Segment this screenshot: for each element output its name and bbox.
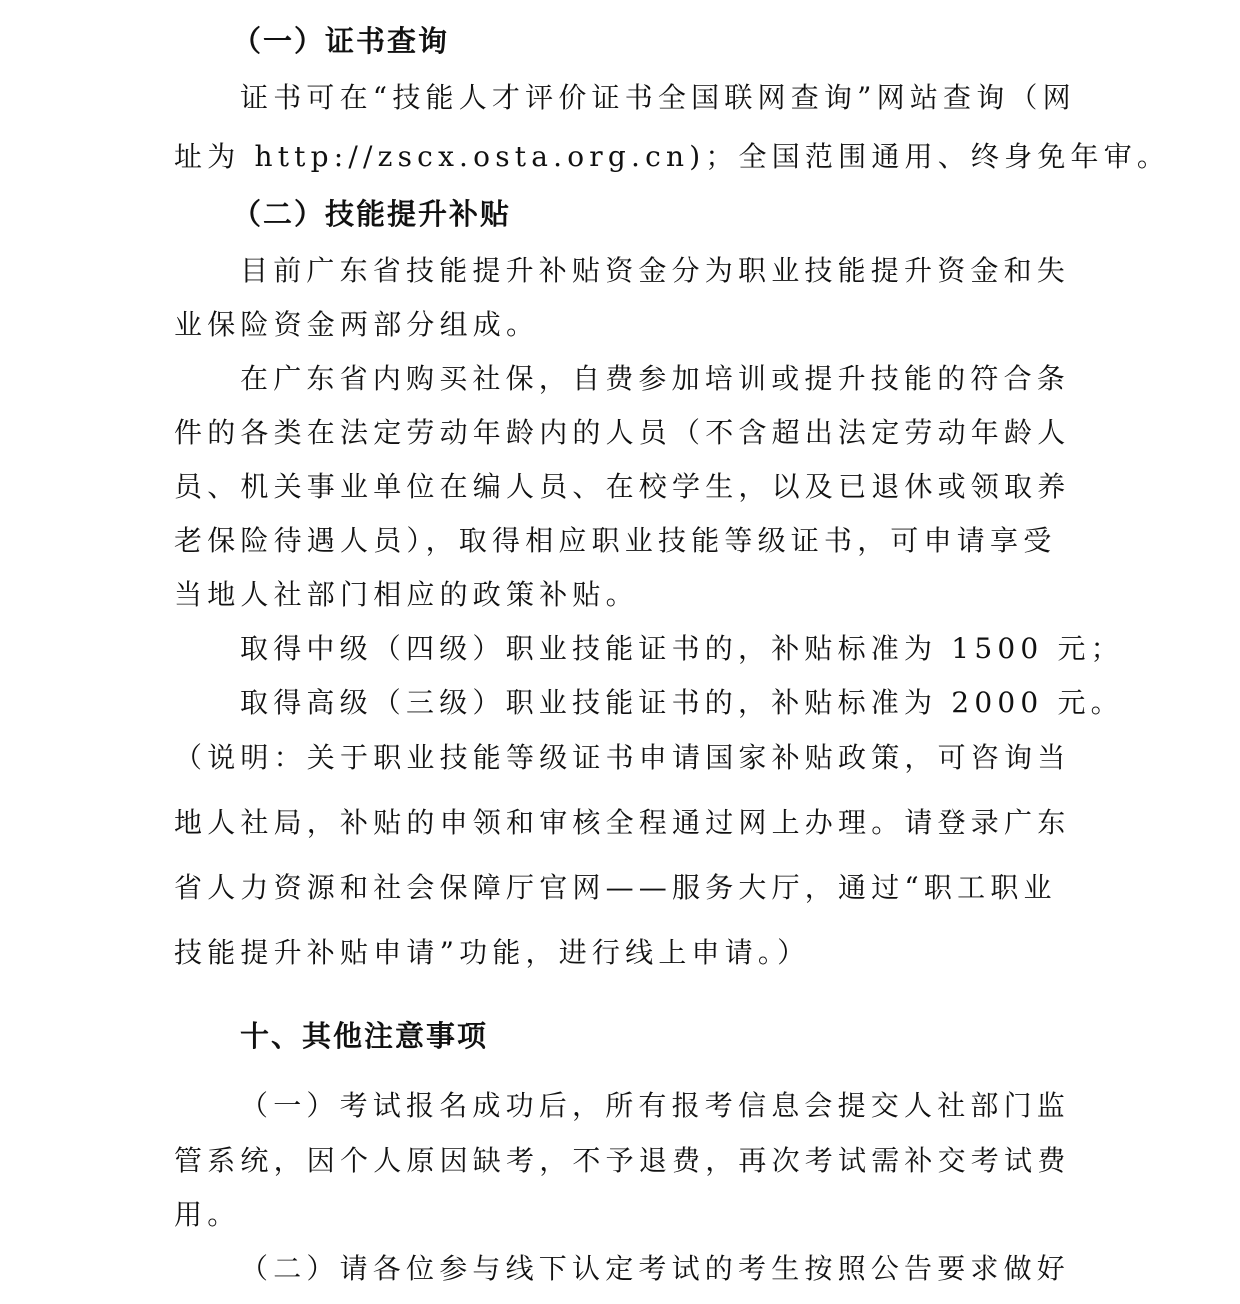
note-line: 地人社局，补贴的申领和审核全程通过网上办理。请登录广东 [174,806,1070,840]
section-heading-other-notes: 十、其他注意事项 [240,1019,488,1053]
section-heading-skill-subsidy: （二）技能提升补贴 [232,197,511,231]
paragraph-line: 在广东省内购买社保，自费参加培训或提升技能的符合条 [240,362,1070,396]
paragraph-line: 用。 [174,1198,240,1232]
note-line: 技能提升补贴申请”功能，进行线上申请。） [174,936,810,970]
paragraph-line: 业保险资金两部分组成。 [174,308,539,342]
paragraph-line: 目前广东省技能提升补贴资金分为职业技能提升资金和失 [240,254,1070,288]
paragraph-line-with-url: 址为 http://zscx.osta.org.cn)；全国范围通用、终身免年审… [174,140,1170,174]
paragraph-line: 件的各类在法定劳动年龄内的人员（不含超出法定劳动年龄人 [174,416,1070,450]
note-line: 省人力资源和社会保障厅官网——服务大厅，通过“职工职业 [174,871,1057,905]
paragraph-line: 证书可在“技能人才评价证书全国联网查询”网站查询（网 [240,81,1076,115]
paragraph-line: 管系统，因个人原因缺考，不予退费，再次考试需补交考试费 [174,1144,1070,1178]
paragraph-line: 老保险待遇人员），取得相应职业技能等级证书，可申请享受 [174,524,1056,558]
note-line: （说明：关于职业技能等级证书申请国家补贴政策，可咨询当 [174,741,1070,775]
paragraph-line: 当地人社部门相应的政策补贴。 [174,578,639,612]
paragraph-line: 员、机关事业单位在编人员、在校学生，以及已退休或领取养 [174,470,1070,504]
subsidy-advanced-line: 取得高级（三级）职业技能证书的，补贴标准为 2000 元。 [240,686,1124,720]
section-heading-certificate-query: （一）证书查询 [232,24,449,58]
paragraph-line: （二）请各位参与线下认定考试的考生按照公告要求做好 [240,1252,1070,1286]
paragraph-line: （一）考试报名成功后，所有报考信息会提交人社部门监 [240,1089,1070,1123]
subsidy-intermediate-line: 取得中级（四级）职业技能证书的，补贴标准为 1500 元； [240,632,1124,666]
